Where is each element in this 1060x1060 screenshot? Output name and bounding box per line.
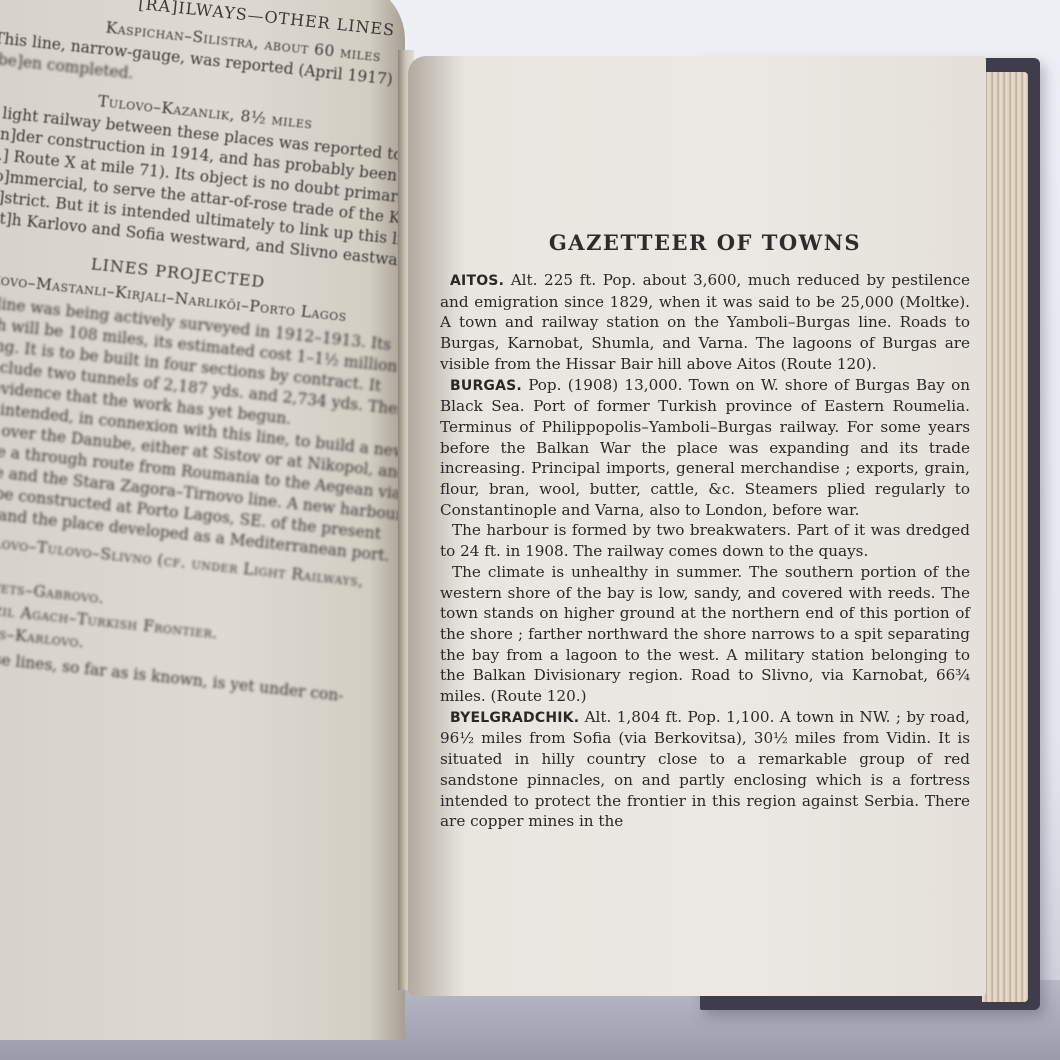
- gazetteer-entry-byelgradchik: BYELGRADCHIK. Alt. 1,804 ft. Pop. 1,100.…: [440, 707, 970, 832]
- left-page-text: [RA]ILWAYS—OTHER LINES Kaspichan–Silistr…: [0, 0, 405, 1024]
- entry-headword: BYELGRADCHIK.: [450, 710, 579, 726]
- left-page: [RA]ILWAYS—OTHER LINES Kaspichan–Silistr…: [0, 0, 405, 1040]
- page-fore-edge: [982, 72, 1028, 1002]
- entry-text: Pop. (1908) 13,000. Town on W. shore of …: [440, 376, 970, 519]
- entry-text: Alt. 1,804 ft. Pop. 1,100. A town in NW.…: [440, 708, 970, 831]
- right-page: GAZETTEER OF TOWNS AITOS. Alt. 225 ft. P…: [408, 56, 986, 996]
- gazetteer-entry-burgas: BURGAS. Pop. (1908) 13,000. Town on W. s…: [440, 375, 970, 707]
- entry-paragraph: The harbour is formed by two breakwaters…: [440, 520, 970, 561]
- gazetteer-content: GAZETTEER OF TOWNS AITOS. Alt. 225 ft. P…: [440, 230, 970, 832]
- page-title: GAZETTEER OF TOWNS: [440, 230, 970, 256]
- entry-headword: BURGAS.: [450, 378, 522, 394]
- gazetteer-entry-aitos: AITOS. Alt. 225 ft. Pop. about 3,600, mu…: [440, 270, 970, 375]
- entry-paragraph: The climate is unhealthy in summer. The …: [440, 562, 970, 707]
- entry-text: Alt. 225 ft. Pop. about 3,600, much redu…: [440, 271, 970, 373]
- entry-headword: AITOS.: [450, 273, 504, 289]
